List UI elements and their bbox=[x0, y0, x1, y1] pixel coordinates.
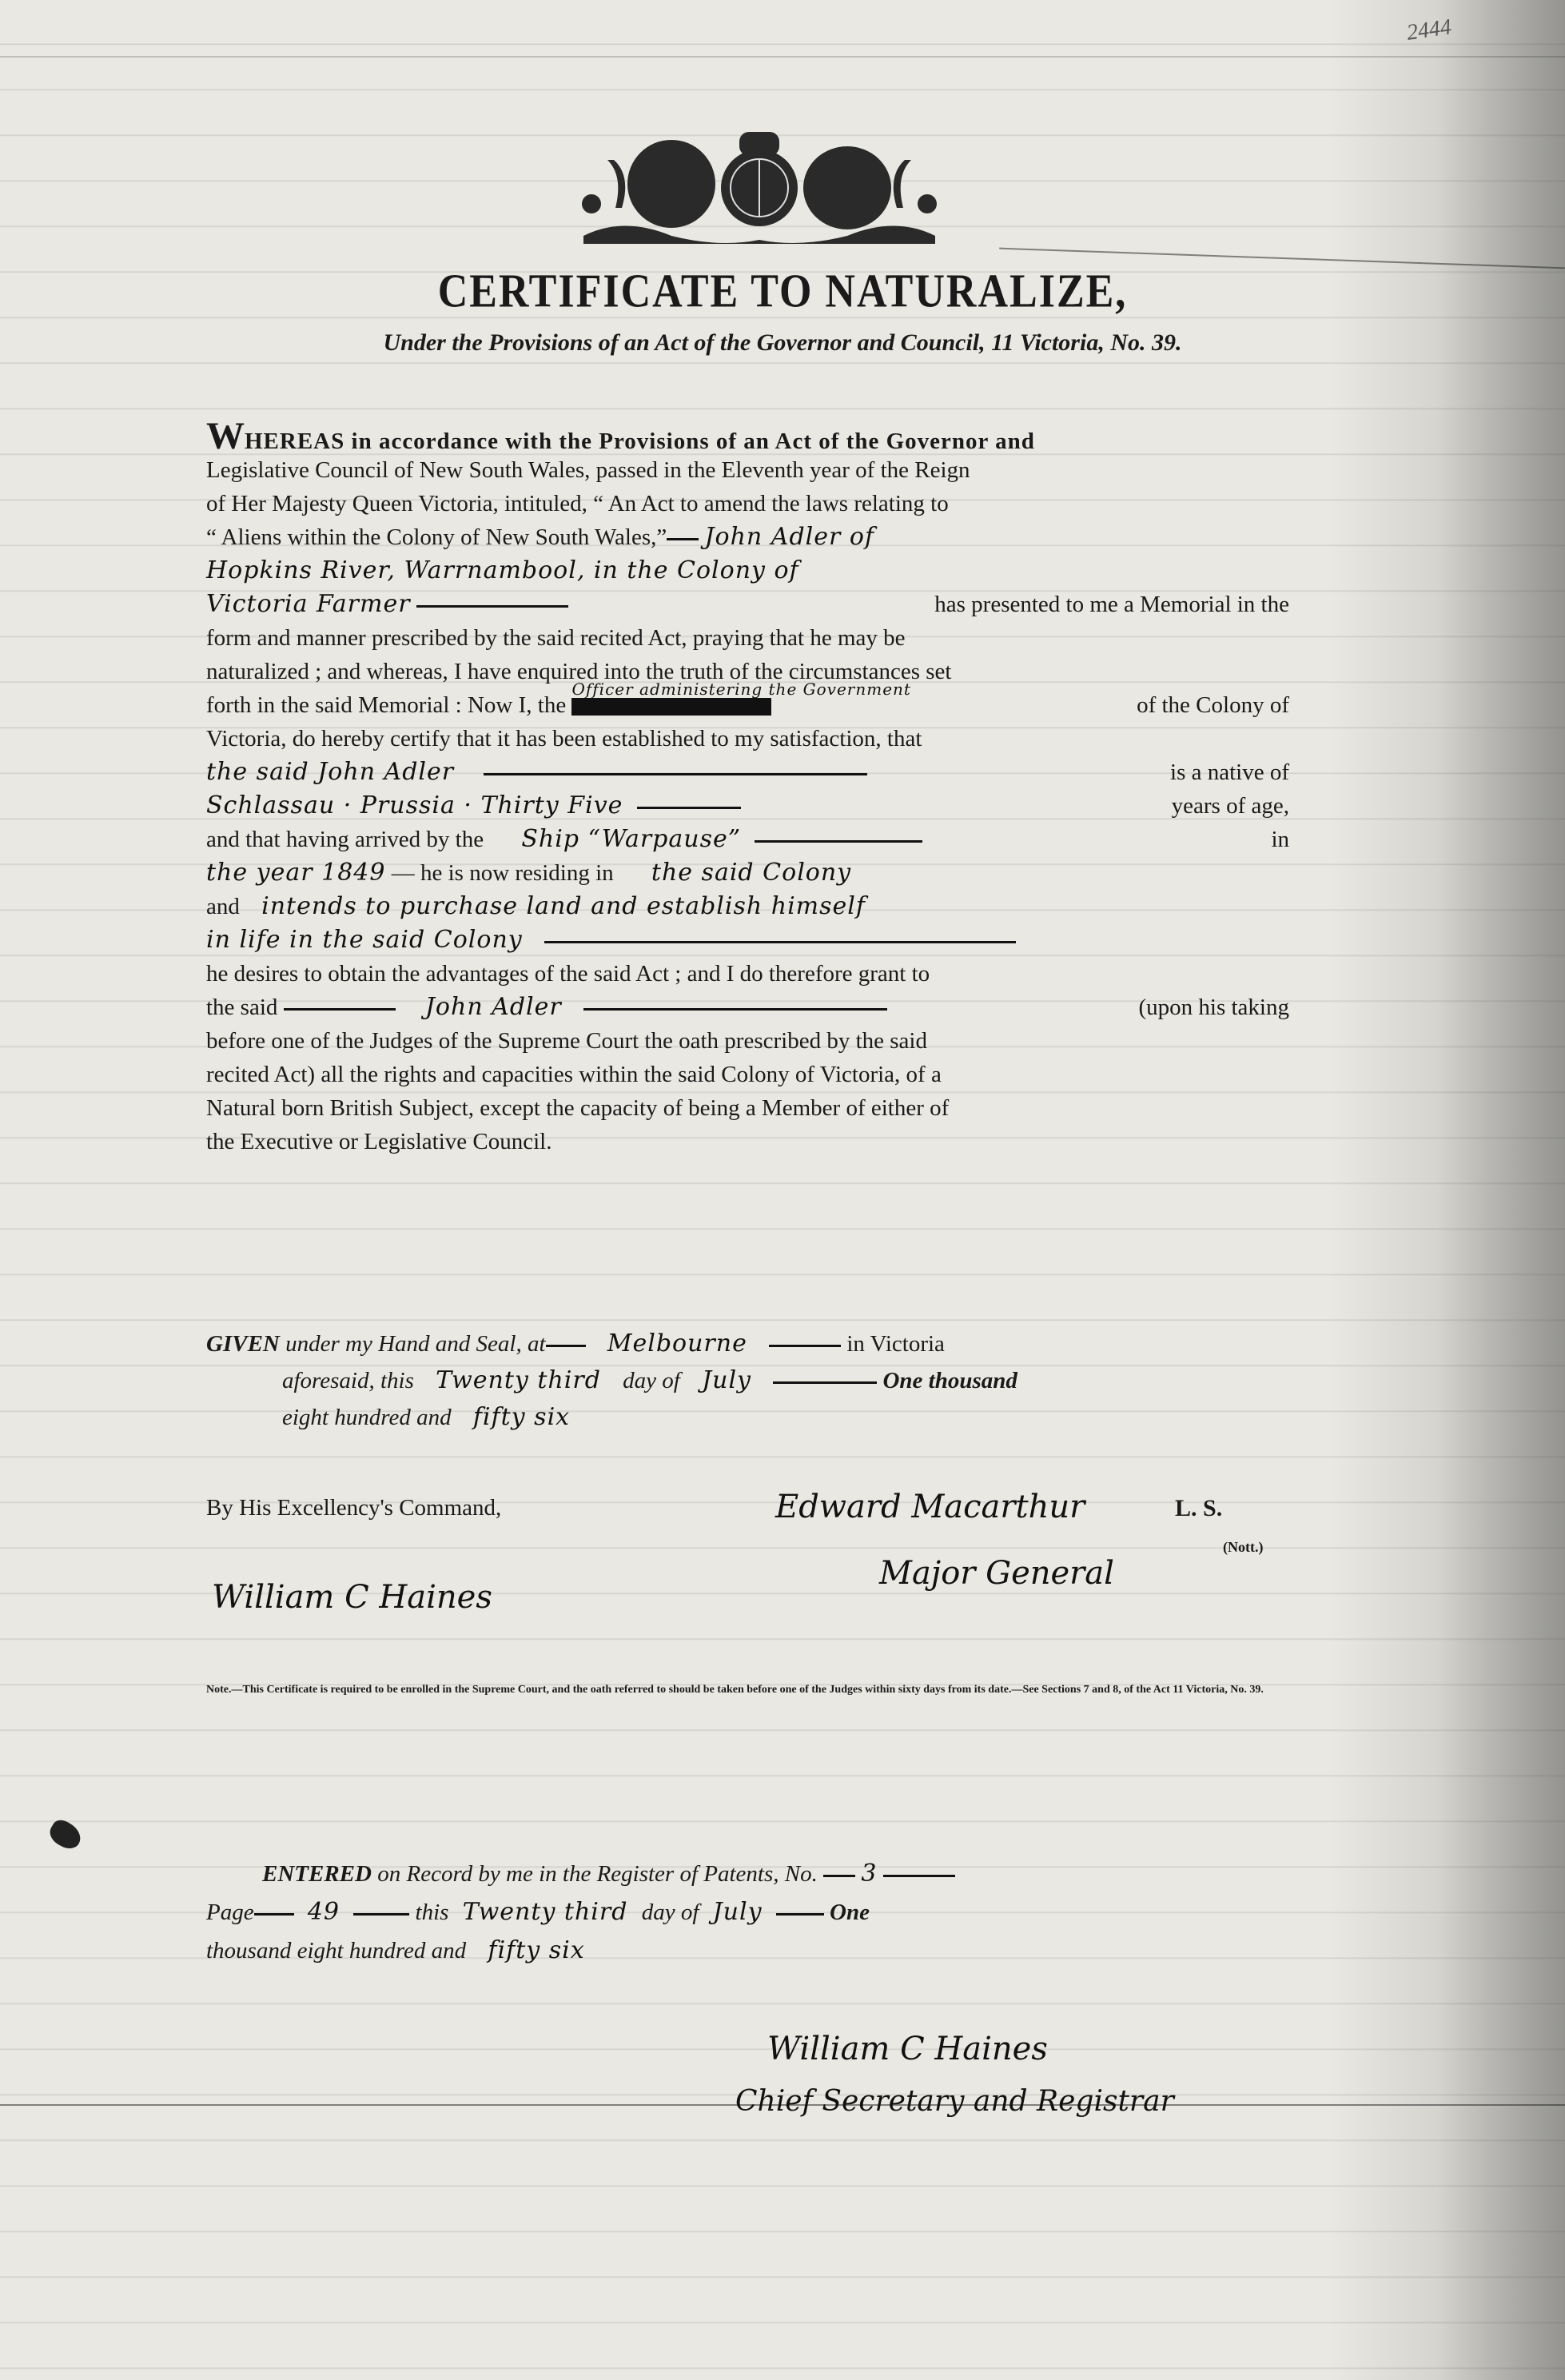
handwritten-birthplace-age: Schlassau · Prussia · Thirty Five bbox=[206, 791, 623, 819]
body-line: Victoria Farmer has presented to me a Me… bbox=[206, 588, 1289, 621]
body-line: forth in the said Memorial : Now I, the … bbox=[206, 688, 1289, 722]
handwritten-page-number: 49 bbox=[308, 1898, 340, 1926]
footnote: Note.—This Certificate is required to be… bbox=[206, 1680, 1293, 1700]
command-label: By His Excellency's Command, bbox=[206, 1495, 501, 1521]
document-subtitle: Under the Provisions of an Act of the Go… bbox=[0, 329, 1565, 357]
document-title: CERTIFICATE TO NATURALIZE, bbox=[0, 265, 1565, 319]
body-line: and intends to purchase land and establi… bbox=[206, 890, 1289, 923]
scan-shadow bbox=[1437, 0, 1565, 2380]
handwritten-residence: Hopkins River, Warrnambool, in the Colon… bbox=[206, 556, 799, 584]
certificate-body: WHEREAS in accordance with the Provision… bbox=[206, 420, 1289, 1158]
entered-section: ENTERED on Record by me in the Register … bbox=[206, 1855, 1293, 1970]
body-line: “ Aliens within the Colony of New South … bbox=[206, 520, 1289, 554]
body-line: Victoria, do hereby certify that it has … bbox=[206, 722, 1289, 755]
handwritten-intentions: intends to purchase land and establish h… bbox=[261, 892, 866, 920]
body-line: in life in the said Colony bbox=[206, 923, 1289, 957]
body-line: Natural born British Subject, except the… bbox=[206, 1091, 1289, 1125]
ruled-line bbox=[0, 56, 1565, 58]
body-line: WHEREAS in accordance with the Provision… bbox=[206, 420, 1289, 453]
body-line: before one of the Judges of the Supreme … bbox=[206, 1024, 1289, 1058]
handwritten-occupation: Victoria Farmer bbox=[206, 590, 411, 618]
body-line: Legislative Council of New South Wales, … bbox=[206, 453, 1289, 487]
handwritten-place: Melbourne bbox=[607, 1330, 747, 1357]
body-line: of Her Majesty Queen Victoria, intituled… bbox=[206, 487, 1289, 520]
handwritten-name: John Adler of bbox=[705, 523, 875, 551]
body-line: the said John Adler (upon his taking bbox=[206, 991, 1289, 1024]
body-line: the year 1849 — he is now residing in th… bbox=[206, 856, 1289, 890]
handwritten-interlineation: Officer administering the Government bbox=[571, 672, 910, 706]
body-line: the said John Adler is a native of bbox=[206, 755, 1289, 789]
registrar-title: Chief Secretary and Registrar bbox=[735, 2085, 1174, 2118]
body-line: and that having arrived by the Ship “War… bbox=[206, 823, 1289, 856]
seal-mark: L. S. bbox=[1175, 1495, 1222, 1522]
registrar-signature: William C Haines bbox=[767, 2031, 1048, 2067]
handwritten-ship: Ship “Warpause” bbox=[521, 825, 741, 853]
handwritten-month: July bbox=[713, 1898, 763, 1926]
handwritten-year: fifty six bbox=[488, 1936, 584, 1964]
certificate-page bbox=[0, 0, 1565, 2380]
body-line: he desires to obtain the advantages of t… bbox=[206, 957, 1289, 991]
governor-signature: Edward Macarthur bbox=[775, 1489, 1085, 1525]
body-line: Hopkins River, Warrnambool, in the Colon… bbox=[206, 554, 1289, 588]
handwritten-month: July bbox=[702, 1366, 751, 1394]
body-line: form and manner prescribed by the said r… bbox=[206, 621, 1289, 655]
seal-note: (Nott.) bbox=[1223, 1539, 1263, 1556]
royal-crest-icon bbox=[575, 128, 943, 248]
handwritten-year: fifty six bbox=[473, 1403, 570, 1431]
handwritten-name: John Adler bbox=[425, 993, 562, 1021]
handwritten-day: Twenty third bbox=[463, 1898, 628, 1926]
handwritten-day: Twenty third bbox=[436, 1366, 601, 1394]
given-section: GIVEN under my Hand and Seal, at Melbour… bbox=[206, 1326, 1293, 1436]
body-line: recited Act) all the rights and capaciti… bbox=[206, 1058, 1289, 1091]
governor-rank: Major General bbox=[879, 1555, 1114, 1592]
secretary-signature: William C Haines bbox=[212, 1579, 492, 1616]
handwritten-register-number: 3 bbox=[861, 1860, 877, 1888]
body-line: the Executive or Legislative Council. bbox=[206, 1125, 1289, 1158]
handwritten-arrival-year: the year 1849 bbox=[206, 859, 385, 887]
body-line: Schlassau · Prussia · Thirty Five years … bbox=[206, 789, 1289, 823]
